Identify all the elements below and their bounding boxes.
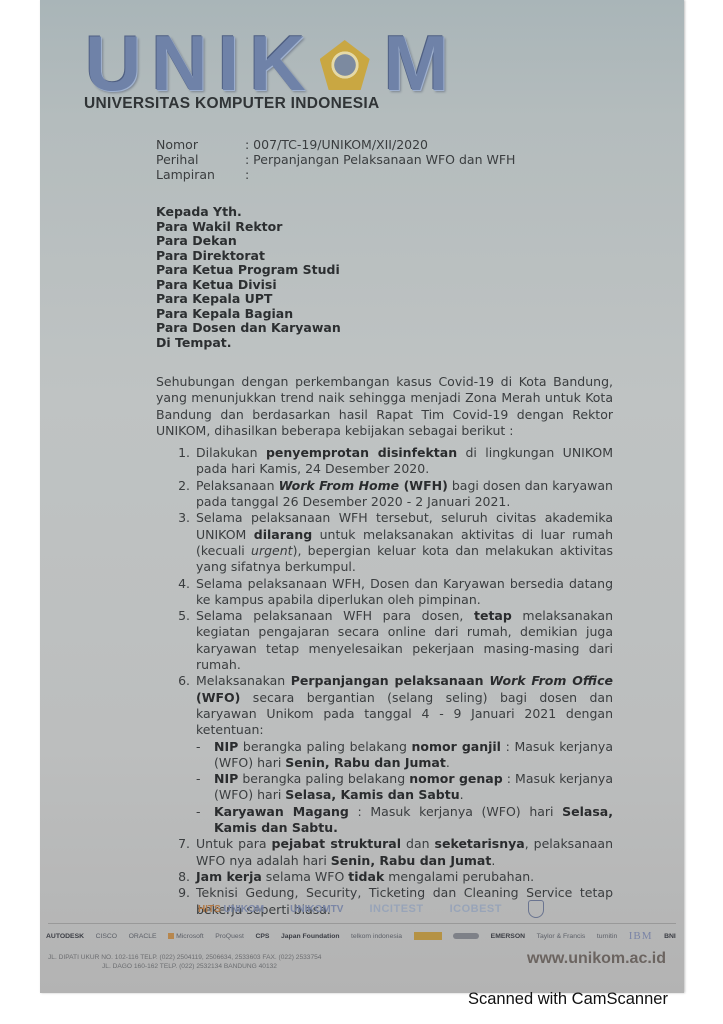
cps-logo: CPS: [255, 933, 269, 940]
wfo-schedule-list: NIP berangka paling belakang nomor ganji…: [196, 739, 613, 837]
campus-address: JL. DIPATI UKUR NO. 102-116 TELP. (022) …: [48, 953, 321, 971]
unikom-logo: UNIK M: [85, 30, 459, 96]
icobest-logo: ICOBEST: [450, 903, 502, 915]
policy-item: Selama pelaksanaan WFH tersebut, seluruh…: [194, 510, 613, 575]
hits-unikom-logo: HITS UNIKOM: [198, 904, 264, 915]
address-line: JL. DIPATI UKUR NO. 102-116 TELP. (022) …: [48, 953, 321, 962]
policy-item: Jam kerja selama WFO tidak mengalami per…: [194, 869, 613, 885]
letter-page: UNIK M UNIVERSITAS KOMPUTER INDONESIA No…: [40, 0, 684, 993]
meta-row-lampiran: Lampiran:: [156, 167, 515, 182]
partner-logos: AUTODESK CISCO ORACLE Microsoft ProQuest…: [46, 930, 676, 942]
unicorn-badge-icon: [528, 900, 544, 918]
meta-label: Lampiran: [156, 167, 245, 182]
policy-item: Selama pelaksanaan WFH para dosen, tetap…: [194, 608, 613, 673]
addressee-line: Para Direktorat: [156, 249, 341, 264]
policy-item: Untuk para pejabat struktural dan seketa…: [194, 836, 613, 869]
address-line: JL. DAGO 160-162 TELP. (022) 2532134 BAN…: [48, 962, 321, 971]
schedule-item: NIP berangka paling belakang nomor genap…: [214, 771, 613, 804]
telkom-logo: telkom indonesia: [351, 933, 402, 940]
japan-foundation-logo: Japan Foundation: [281, 933, 340, 940]
meta-value: :: [245, 167, 249, 182]
website-url: www.unikom.ac.id: [527, 950, 666, 968]
autodesk-logo: AUTODESK: [46, 933, 84, 940]
addressee-line: Para Kepala UPT: [156, 292, 341, 307]
camscanner-watermark: Scanned with CamScanner: [468, 990, 668, 1009]
addressee-line: Para Kepala Bagian: [156, 307, 341, 322]
addressee-line: Di Tempat.: [156, 336, 341, 351]
addressee-line: Para Ketua Divisi: [156, 278, 341, 293]
incitest-logo: INCITEST: [369, 903, 423, 915]
addressee-line: Para Dosen dan Karyawan: [156, 321, 341, 336]
footer-divider: [48, 923, 676, 924]
letter-meta: Nomor: 007/TC-19/UNIKOM/XII/2020 Perihal…: [156, 137, 515, 182]
schedule-item: Karyawan Magang : Masuk kerjanya (WFO) h…: [214, 804, 613, 837]
meta-value: : Perpanjangan Pelaksanaan WFO dan WFH: [245, 152, 515, 167]
policy-list: Dilakukan penyemprotan disinfektan di li…: [156, 445, 613, 918]
microsoft-logo: Microsoft: [168, 933, 204, 940]
unikom-emblem-icon: [320, 40, 370, 90]
unikom-tv-logo: UNIKOMTV: [290, 904, 343, 915]
addressee-line: Para Wakil Rektor: [156, 220, 341, 235]
policy-item: Melaksanakan Perpanjangan pelaksanaan Wo…: [194, 673, 613, 836]
policy-item: Pelaksanaan Work From Home (WFH) bagi do…: [194, 478, 613, 511]
letter-body: Sehubungan dengan perkembangan kasus Cov…: [156, 374, 613, 918]
meta-label: Perihal: [156, 152, 245, 167]
partner-badge-icon: [414, 932, 442, 940]
emerson-logo: EMERSON: [491, 933, 525, 940]
turnitin-logo: turnitin: [597, 933, 617, 940]
proquest-logo: ProQuest: [215, 933, 244, 940]
meta-row-nomor: Nomor: 007/TC-19/UNIKOM/XII/2020: [156, 137, 515, 152]
logo-text-right: M: [384, 30, 459, 96]
schedule-item: NIP berangka paling belakang nomor ganji…: [214, 739, 613, 772]
meta-value: : 007/TC-19/UNIKOM/XII/2020: [245, 137, 428, 152]
partner-globe-icon: [453, 933, 479, 939]
ibm-logo: IBM: [629, 930, 653, 942]
meta-label: Nomor: [156, 137, 245, 152]
policy-item: Dilakukan penyemprotan disinfektan di li…: [194, 445, 613, 478]
unikom-brands: HITS UNIKOM UNIKOMTV INCITEST ICOBEST: [198, 900, 544, 918]
intro-paragraph: Sehubungan dengan perkembangan kasus Cov…: [156, 374, 613, 439]
oracle-logo: ORACLE: [129, 933, 157, 940]
addressee-line: Para Ketua Program Studi: [156, 263, 341, 278]
addressee-line: Para Dekan: [156, 234, 341, 249]
logo-text-left: UNIK: [85, 30, 316, 96]
university-name: UNIVERSITAS KOMPUTER INDONESIA: [84, 95, 380, 113]
taylor-francis-logo: Taylor & Francis: [537, 933, 586, 940]
policy-item: Selama pelaksanaan WFH, Dosen dan Karyaw…: [194, 576, 613, 609]
addressee-block: Kepada Yth. Para Wakil Rektor Para Dekan…: [156, 205, 341, 350]
addressee-line: Kepada Yth.: [156, 205, 341, 220]
meta-row-perihal: Perihal: Perpanjangan Pelaksanaan WFO da…: [156, 152, 515, 167]
cisco-logo: CISCO: [96, 933, 118, 940]
bni-logo: BNI: [664, 933, 676, 940]
